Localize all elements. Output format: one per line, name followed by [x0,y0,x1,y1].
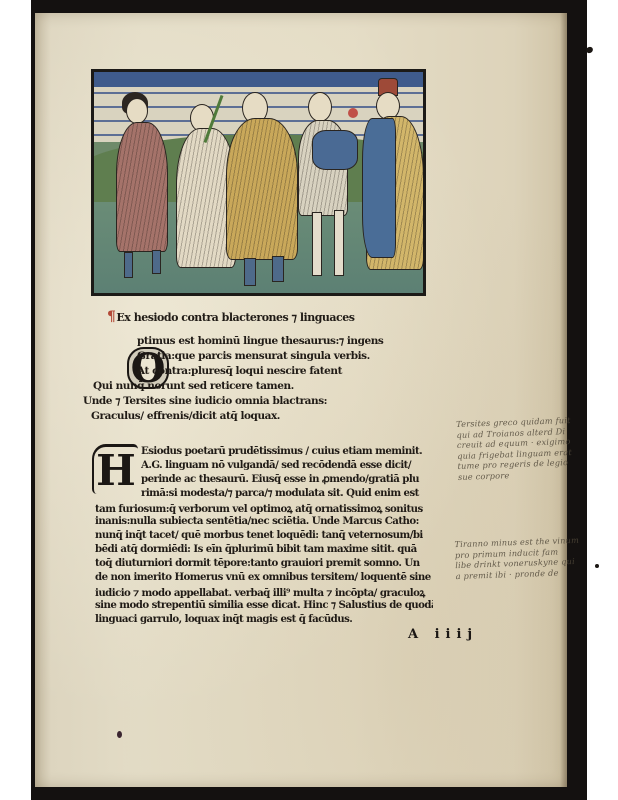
ink-spot [595,564,599,568]
prose-line: sine modo strepentiū similia esse dicat.… [95,599,433,611]
figure-1-robe [116,122,168,252]
figure-4-head [308,92,332,122]
figure-5-cloak [362,118,396,258]
figure-1-leg [124,252,133,278]
verse-line: ptimus est hominū lingue thesaurus:⁊ ing… [137,335,383,347]
signature-mark: A iiij [408,627,478,642]
prose-line: Esiodus poetarū prudētissimus / cuius et… [141,445,431,457]
rose-icon [348,108,358,118]
figure-4-leg [312,212,322,276]
figure-3-coat [226,118,298,260]
prose-line: perinde ac thesaurū. Eiusq̄ esse in ꝓmen… [141,473,431,485]
prose-line: rimā:si modesta/⁊ parca/⁊ modulata sit. … [141,487,431,499]
verse-line: Unde ⁊ Tersites sine iudicio omnia blact… [83,395,327,407]
handwritten-marginal-note: Tiranno minus est the vinum pro primum i… [454,535,580,581]
section-heading: ¶Ex hesiodo contra blacterones ⁊ linguac… [107,309,437,325]
figure-4-sleeves [312,130,358,170]
figure-1-head [126,98,148,124]
figure-4-leg [334,210,344,276]
prose-line: linguaci garrulo, loquax inq̄t magis est… [95,613,433,625]
page-gutter-shadow [560,13,567,787]
prose-line: nunq̄ inq̄t tacet/ quē morbus tenet loqu… [95,529,433,541]
prose-line: bēdi atq̄ dormiēdi: Is eīn q̄plurimū bib… [95,543,433,555]
figure-1-leg [152,250,161,274]
rubric-paragraph-mark-icon: ¶ [107,309,115,325]
handwritten-marginal-note: Tersites greco quidam fuit qui ad Troian… [456,415,573,482]
figure-3-leg [272,256,284,282]
heading-text: Ex hesiodo contra blacterones ⁊ linguace… [116,311,354,324]
book-page: ¶Ex hesiodo contra blacterones ⁊ linguac… [35,13,567,787]
prose-line: inanis:nulla subiecta sentētia/nec sciēt… [95,515,433,527]
prose-line: toq̄ diuturniori dormit tēpore:tanto gra… [95,557,433,569]
prose-line: de non imerito Homerus vnū ex omnibus te… [95,571,433,583]
verse-line: Graculus/ effrenis/dicit atq̄ loquax. [91,410,280,422]
verse-line: Qui nunq̄ norunt sed reticere tamen. [93,380,294,392]
decorated-initial-h: H [92,444,138,494]
woodcut-illustration [91,69,426,296]
scan-background: ¶Ex hesiodo contra blacterones ⁊ linguac… [0,0,618,800]
prose-line: iudicio ⁊ modo appellabat. verbaq̄ illi⁹… [95,585,433,599]
verse-line: Gratia:que parcis mensurat singula verbi… [137,350,370,362]
ink-spot [117,731,122,738]
prose-line: tam furiosum:q̄ verborum vel optimoꝝ atq… [95,501,433,515]
verse-line: At contra:pluresq̄ loqui nescire fatent [137,365,342,377]
figure-3-leg [244,258,256,286]
prose-line: A.G. linguam nō vulgandā/ sed recōdendā … [141,459,431,471]
woodcut-sky-band [94,72,423,87]
